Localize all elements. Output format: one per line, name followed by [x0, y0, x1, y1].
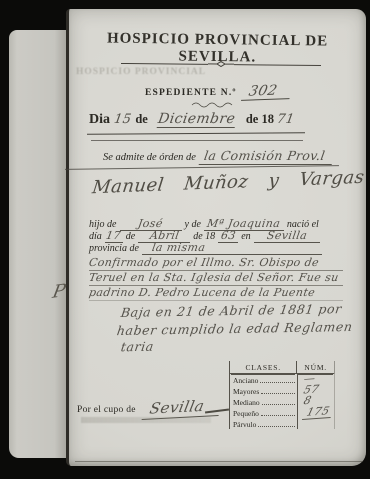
en-label: en: [241, 231, 250, 242]
admission-order-line: Se admite de órden de la Comisión Prov.l: [103, 148, 333, 165]
note-text: padrino D. Pedro Lucena de la Puente: [88, 286, 316, 299]
de-label: de: [135, 112, 148, 127]
underlying-page-edge: [9, 30, 66, 458]
admission-printed-label: Se admite de órden de: [103, 152, 196, 163]
note-text: Confirmado por el Illmo. Sr. Obispo de: [88, 256, 320, 269]
admission-date-line: Dia 15 de Diciembre de 18 71: [89, 111, 294, 128]
scanned-document: HOSPICIO PROVINCIAL DE SEVILLA. HOSPICIO…: [0, 0, 370, 479]
cupo-printed-label: Por el cupo de: [77, 405, 136, 415]
class-label: Mayores: [233, 387, 259, 396]
inmate-name-handwritten: Manuel Muñoz y Vargas: [91, 167, 366, 198]
table-row-mayores: Mayores 57: [229, 385, 335, 396]
date-underline-rule-2: [91, 140, 303, 141]
province-line: provincia de la misma: [89, 242, 345, 255]
note-line: Confirmado por el Illmo. Sr. Obispo de: [89, 256, 343, 271]
classes-table: CLASES. NÚM. Anciano — Mayores 57 Median…: [229, 361, 335, 429]
table-row-parvulo: Párvulo: [229, 418, 335, 429]
provincia-de-label: provincia de: [89, 243, 139, 254]
day-handwritten: 15: [113, 112, 133, 127]
clases-column-header: CLASES.: [230, 361, 296, 374]
cupo-line: Por el cupo de Sevilla: [77, 398, 220, 418]
classes-table-header: CLASES. NÚM.: [229, 361, 335, 374]
flourish-squiggle-icon: [191, 102, 235, 108]
divider-diamond-icon: [208, 61, 234, 67]
admission-authority-handwritten: la Comisión Prov.l: [199, 148, 335, 165]
birth-day-handwritten: 17: [105, 229, 122, 242]
ink-bleed-ghost-mark: [81, 417, 211, 423]
expediente-label: ESPEDIENTE N.º: [145, 88, 237, 98]
ink-bleed-ghost-text: HOSPICIO PROVINCIAL: [76, 67, 206, 77]
note-line: Teruel en la Sta. Iglesia del Señor. Fue…: [89, 271, 343, 286]
de-18-label: de 18: [246, 112, 274, 127]
document-page: HOSPICIO PROVINCIAL DE SEVILLA. HOSPICIO…: [66, 9, 366, 466]
year-handwritten: 71: [276, 112, 296, 127]
margin-flourish: P: [51, 280, 68, 303]
expediente-number-handwritten: 302: [241, 82, 293, 101]
class-label: Párvulo: [233, 420, 256, 429]
dia-label: Dia: [89, 112, 110, 128]
date-underline-rule: [87, 132, 305, 135]
table-row-pequeno: Pequeño 175: [229, 407, 335, 418]
note-line: padrino D. Pedro Lucena de la Puente: [89, 286, 343, 301]
baja-text: taria: [120, 339, 155, 355]
birth-place-handwritten: Sevilla: [266, 229, 308, 242]
baja-text: haber cumplido la edad Reglamen: [116, 319, 354, 338]
baja-line: taria: [121, 338, 154, 357]
province-handwritten: la misma: [151, 241, 206, 254]
expediente-line: ESPEDIENTE N.º 302: [145, 83, 291, 100]
baja-text: Baja en 21 de Abril de 1881 por: [120, 301, 343, 320]
class-label: Mediano: [233, 398, 260, 407]
class-label: Anciano: [233, 376, 258, 385]
month-handwritten: Diciembre: [156, 111, 237, 128]
de-label-2: de: [126, 231, 135, 242]
class-label: Pequeño: [233, 409, 259, 418]
birth-year-handwritten: 63: [220, 229, 237, 242]
note-text: Teruel en la Sta. Iglesia del Señor. Fue…: [88, 271, 340, 284]
dia-label-2: día: [89, 231, 102, 242]
y-de-label: y de: [185, 219, 201, 230]
